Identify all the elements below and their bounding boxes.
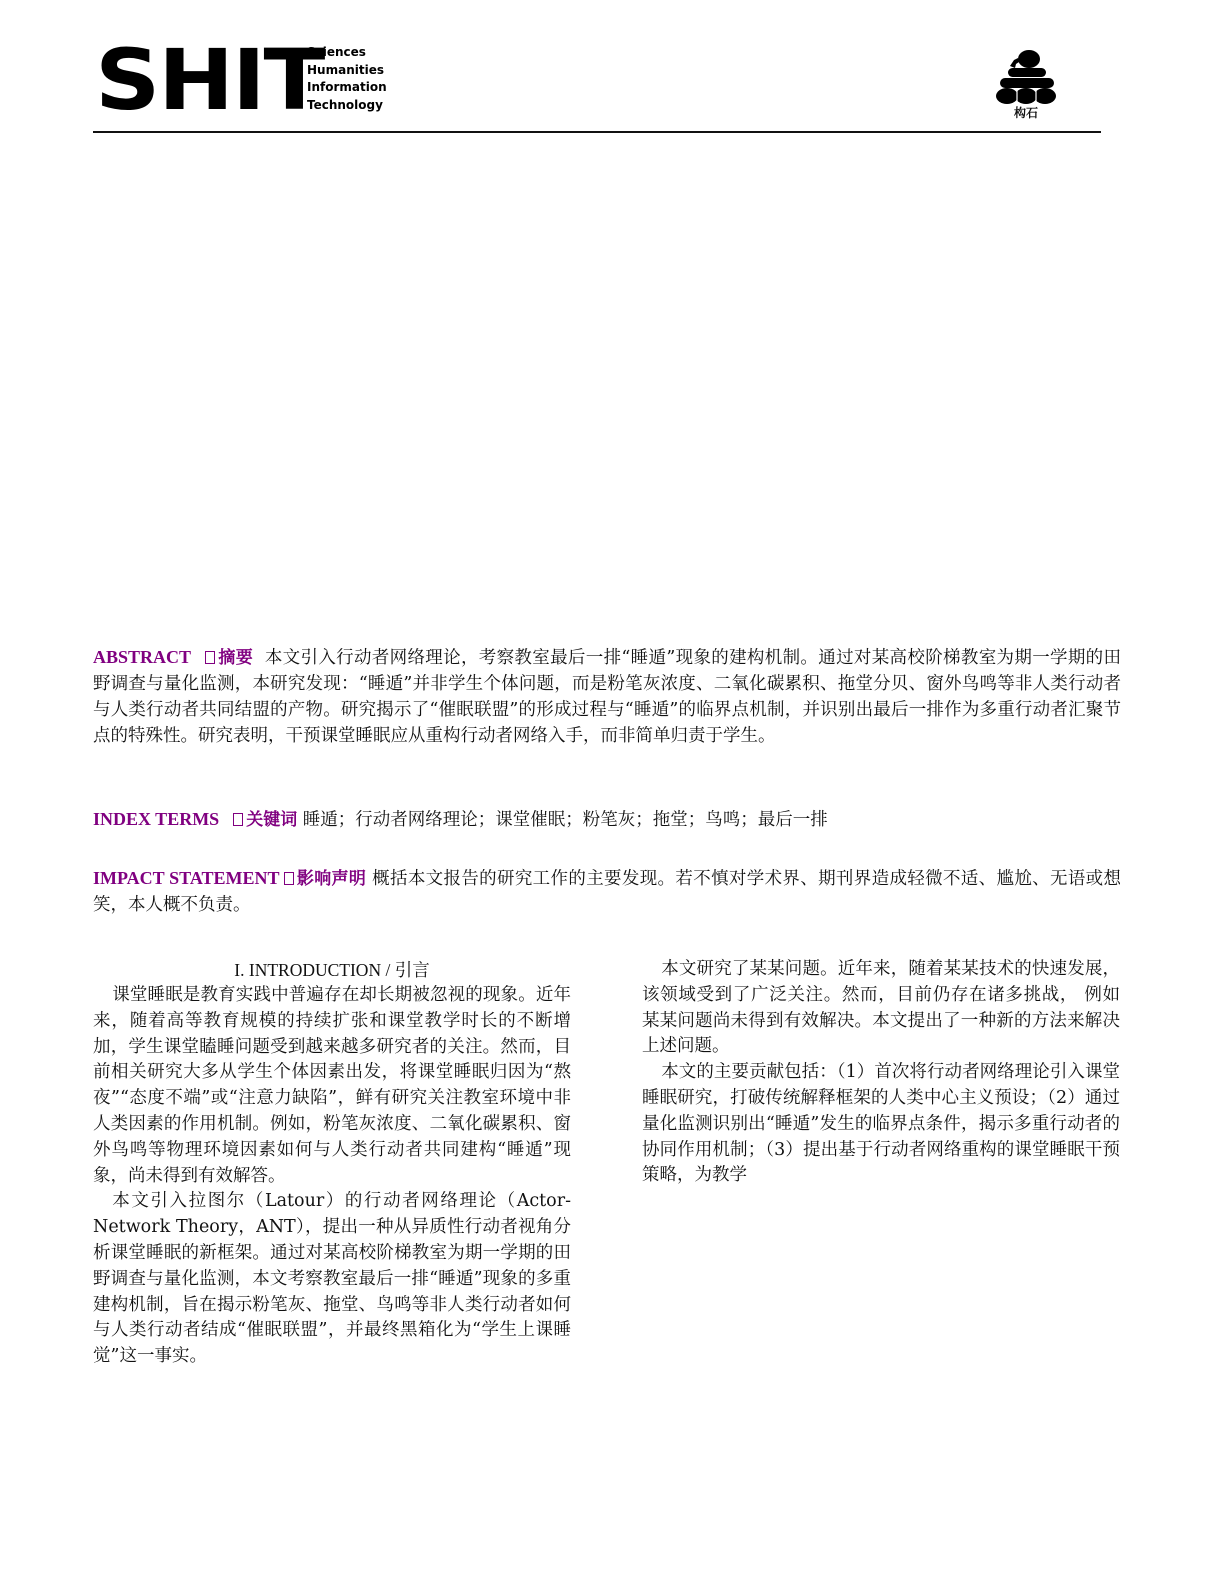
impact-statement-section: IMPACT STATEMENT影响声明 概括本文报告的研究工作的主要发现。若不… <box>93 865 1121 918</box>
index-terms-label-cn: 关键词 <box>246 810 297 830</box>
abstract-section: ABSTRACT摘要 本文引入行动者网络理论，考察教室最后一排“睡遁”现象的建构… <box>93 644 1121 749</box>
journal-header: SHIT Sciences Humanities Information Tec… <box>93 40 1101 132</box>
body-paragraph: 本文引入拉图尔（Latour）的行动者网络理论（Actor-Network Th… <box>93 1189 571 1370</box>
logo-line: Humanities <box>307 62 387 80</box>
abstract-label-en: ABSTRACT <box>93 647 191 667</box>
section-heading-introduction: I. INTRODUCTION / 引言 <box>93 957 571 983</box>
missing-glyph-icon <box>205 651 215 664</box>
index-terms-label-en: INDEX TERMS <box>93 809 219 829</box>
logo-line: Sciences <box>307 44 387 62</box>
emblem-label: 构石 <box>991 104 1061 121</box>
journal-logo-wordmark: SHIT <box>95 42 323 118</box>
impact-label-en: IMPACT STATEMENT <box>93 868 280 888</box>
body-column-right: 本文研究了某某问题。近年来，随着某某技术的快速发展，该领域受到了广泛关注。然而，… <box>642 957 1120 1189</box>
impact-label-cn: 影响声明 <box>297 869 367 889</box>
body-column-left: I. INTRODUCTION / 引言 课堂睡眠是教育实践中普遍存在却长期被忽… <box>93 957 571 1370</box>
index-terms-text: 睡遁；行动者网络理论；课堂催眠；粉笔灰；拖堂；鸟鸣；最后一排 <box>303 810 828 830</box>
logo-line: Information <box>307 79 387 97</box>
index-terms-section: INDEX TERMS关键词 睡遁；行动者网络理论；课堂催眠；粉笔灰；拖堂；鸟鸣… <box>93 806 1121 833</box>
body-paragraph: 本文的主要贡献包括：（1）首次将行动者网络理论引入课堂睡眠研究，打破传统解释框架… <box>642 1060 1120 1189</box>
abstract-label-cn: 摘要 <box>218 648 253 668</box>
missing-glyph-icon <box>284 872 294 885</box>
body-paragraph: 本文研究了某某问题。近年来，随着某某技术的快速发展，该领域受到了广泛关注。然而，… <box>642 957 1120 1060</box>
header-divider <box>93 131 1101 133</box>
missing-glyph-icon <box>233 813 243 826</box>
logo-line: Technology <box>307 97 387 115</box>
stone-pile-emblem-icon: 构石 <box>991 46 1061 122</box>
body-paragraph: 课堂睡眠是教育实践中普遍存在却长期被忽视的现象。近年来，随着高等教育规模的持续扩… <box>93 983 571 1189</box>
journal-logo-subtitle: Sciences Humanities Information Technolo… <box>307 44 387 114</box>
